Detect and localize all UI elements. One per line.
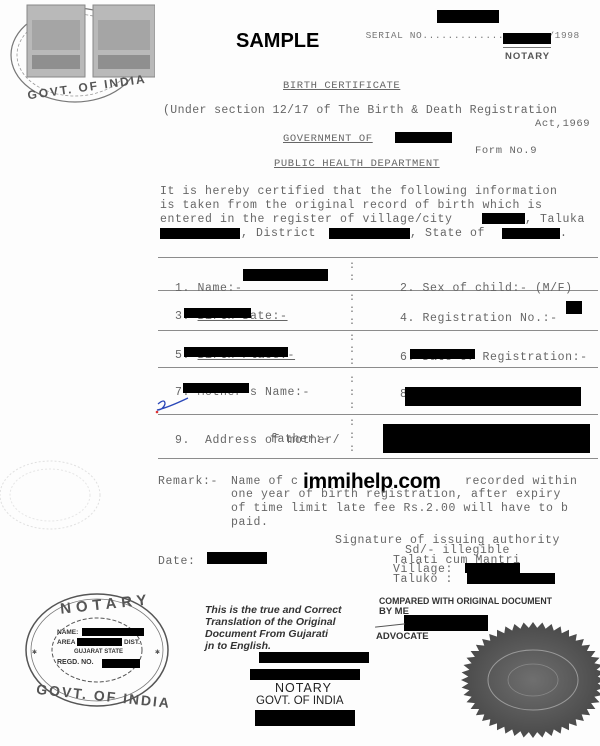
colon-2a: :	[349, 293, 355, 304]
colon-5b: :	[349, 431, 355, 442]
remark-line-2: one year of birth registration, after ex…	[231, 488, 561, 501]
field-registration-no: 4. Registration No.:-	[385, 299, 558, 325]
field-label: Name:-	[198, 282, 243, 295]
colon-4a: :	[349, 375, 355, 386]
section-line-2: Act,1969	[535, 118, 590, 130]
notary-block-line-2: GOVT. OF INDIA	[256, 695, 344, 707]
field-num: 1.	[175, 282, 190, 295]
name-redacted	[243, 269, 328, 281]
advocate-label: ADVOCATE	[376, 631, 429, 642]
pen-mark-icon	[153, 396, 193, 416]
birth-place-redacted	[184, 347, 288, 357]
remark-line-4: paid.	[231, 516, 269, 529]
table-rule-top	[158, 257, 598, 258]
notary-name-redacted	[503, 33, 551, 44]
svg-text:✱: ✱	[32, 648, 37, 657]
colon-4c: :	[349, 401, 355, 412]
table-rule-4	[158, 414, 598, 415]
notary-stamp: ✱ ✱ NOTARY GOVT. OF INDIA NAME: AREA : D…	[22, 592, 172, 712]
village-redacted	[482, 213, 525, 224]
mother-name-redacted	[183, 383, 249, 393]
intro-line-3a: entered in the register of village/city	[160, 213, 453, 226]
sample-watermark: SAMPLE	[236, 30, 319, 53]
notary-block-line-1: NOTARY	[275, 681, 332, 695]
certificate-heading: BIRTH CERTIFICATE	[283, 80, 400, 92]
field-label: Registration No.:-	[423, 312, 558, 325]
date-redacted	[207, 552, 267, 564]
taluko-label: Taluko :	[393, 573, 453, 586]
colon-5a: :	[349, 418, 355, 429]
colon-4b: :	[349, 388, 355, 399]
colon-3a: :	[349, 333, 355, 344]
table-rule-2	[158, 330, 598, 331]
notary-regd-redacted	[255, 710, 355, 726]
state-redacted	[502, 228, 560, 239]
notary-header-label: NOTARY	[505, 51, 550, 62]
notary-stamp-area-redacted	[77, 638, 122, 646]
remark-line-3: of time limit late fee Rs.2.00 will have…	[231, 502, 569, 515]
remark-line-1a: Name of c	[231, 475, 299, 488]
translation-line-1: This is the true and Correct	[205, 604, 342, 616]
faint-seal-icon	[0, 455, 110, 535]
district-redacted	[329, 228, 410, 239]
department-label: PUBLIC HEALTH DEPARTMENT	[274, 158, 440, 170]
notary-stamp-dist-label: DIST.	[124, 639, 140, 646]
serial-label: SERIAL NO.	[366, 30, 429, 41]
date-of-registration-redacted	[410, 349, 475, 359]
notary-stamp-state: GUJARAT STATE	[74, 649, 123, 655]
colon-3c: :	[349, 357, 355, 368]
signature-village-redacted	[465, 563, 520, 573]
notary-stamp-name-redacted	[82, 628, 144, 636]
field-num: 2.	[400, 282, 415, 295]
intro-line-3b: , Taluka	[525, 213, 585, 226]
translation-statement: This is the true and Correct Translation…	[205, 604, 342, 652]
advocate-line	[375, 623, 405, 627]
serial-year: /1998	[548, 30, 580, 41]
notary-name-block-redacted	[250, 669, 360, 680]
government-label: GOVERNMENT OF	[283, 133, 373, 145]
colon-1a: :	[349, 261, 355, 272]
translation-line-4: jn to English.	[205, 640, 342, 652]
field-address-line-2: father:-	[270, 433, 330, 446]
field-name: 1. Name:-	[160, 269, 243, 295]
colon-2b: :	[349, 305, 355, 316]
notary-signature-redacted	[259, 652, 369, 663]
field-num: 9.	[175, 434, 190, 447]
address-redacted	[383, 424, 590, 453]
embossed-seal-icon	[455, 620, 600, 740]
colon-1b: :	[349, 273, 355, 284]
remark-line-1b: recorded within	[465, 475, 578, 488]
svg-text:✱: ✱	[155, 648, 160, 657]
field-sex: 2. Sex of child:- (M/F)	[385, 269, 573, 295]
colon-2c: :	[349, 317, 355, 328]
top-left-stamp: GOVT. OF INDIA	[5, 0, 155, 110]
intro-line-1: It is hereby certified that the followin…	[160, 185, 558, 198]
registration-no-redacted	[566, 301, 582, 314]
date-label: Date:	[158, 555, 196, 568]
intro-line-2: is taken from the original record of bir…	[160, 199, 543, 212]
taluka-redacted	[160, 228, 240, 239]
colon-3b: :	[349, 345, 355, 356]
field-num: 4.	[400, 312, 415, 325]
notary-stamp-regd-redacted	[102, 659, 140, 668]
table-rule-3	[158, 367, 598, 368]
section-line-1: (Under section 12/17 of The Birth & Deat…	[163, 104, 557, 117]
notary-line	[503, 47, 551, 48]
colon-5c: :	[349, 444, 355, 455]
form-number: Form No.9	[475, 145, 537, 157]
notary-stamp-regd-label: REGD. NO.	[57, 659, 94, 666]
field-label: Sex of child:- (M/F)	[423, 282, 573, 295]
notary-stamp-name-label: NAME:	[57, 629, 78, 636]
translation-line-3: Document From Gujarati	[205, 628, 342, 640]
signature-taluko-redacted	[467, 573, 555, 584]
notary-stamp-area-label: AREA :	[57, 639, 79, 646]
translation-line-2: Translation of the Original	[205, 616, 342, 628]
birth-date-redacted	[184, 308, 251, 318]
intro-line-4c: .	[560, 227, 568, 240]
intro-line-4a: , District	[241, 227, 316, 240]
intro-line-4b: , State of	[410, 227, 485, 240]
government-redacted	[395, 132, 452, 143]
remark-label: Remark:-	[158, 475, 218, 488]
table-rule-5	[158, 458, 598, 459]
father-name-redacted	[405, 387, 581, 406]
serial-number-redacted	[437, 10, 499, 23]
